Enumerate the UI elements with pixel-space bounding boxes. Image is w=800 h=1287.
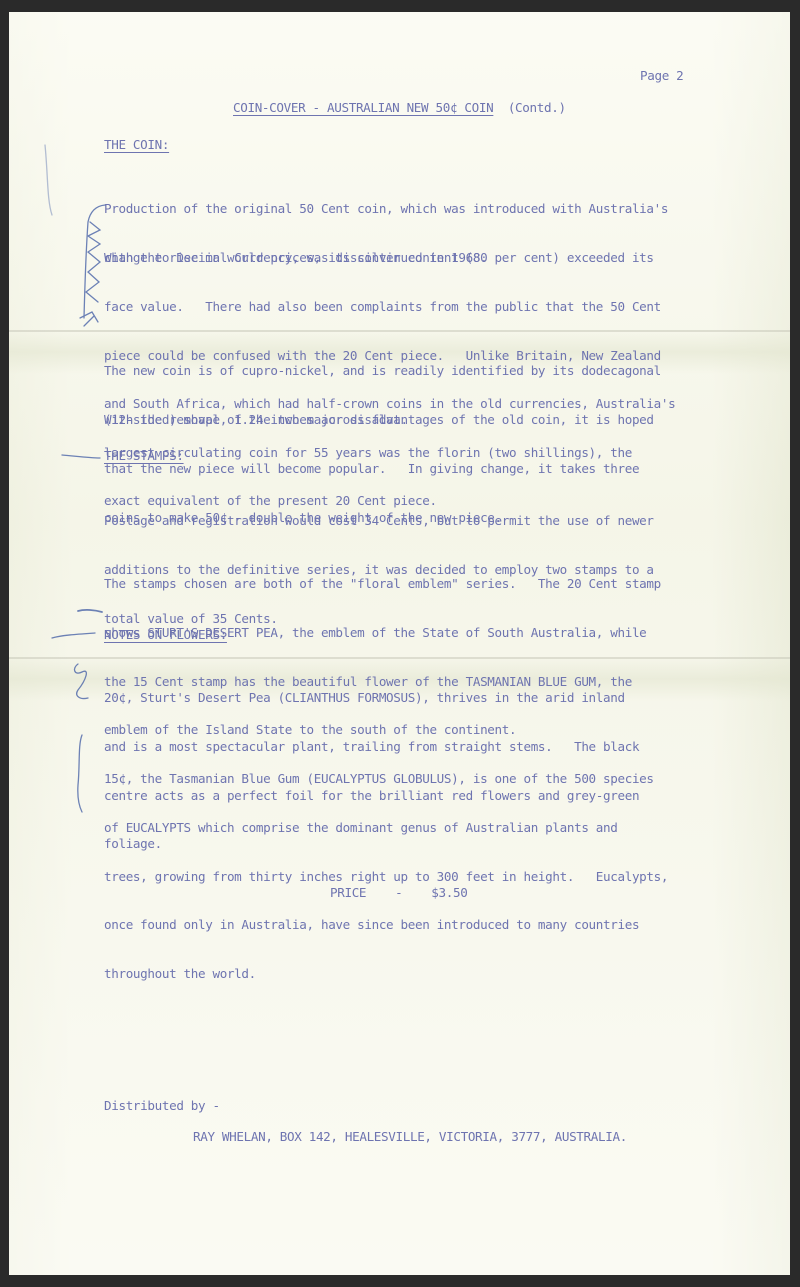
handwritten-margin-marks: [0, 0, 800, 1287]
